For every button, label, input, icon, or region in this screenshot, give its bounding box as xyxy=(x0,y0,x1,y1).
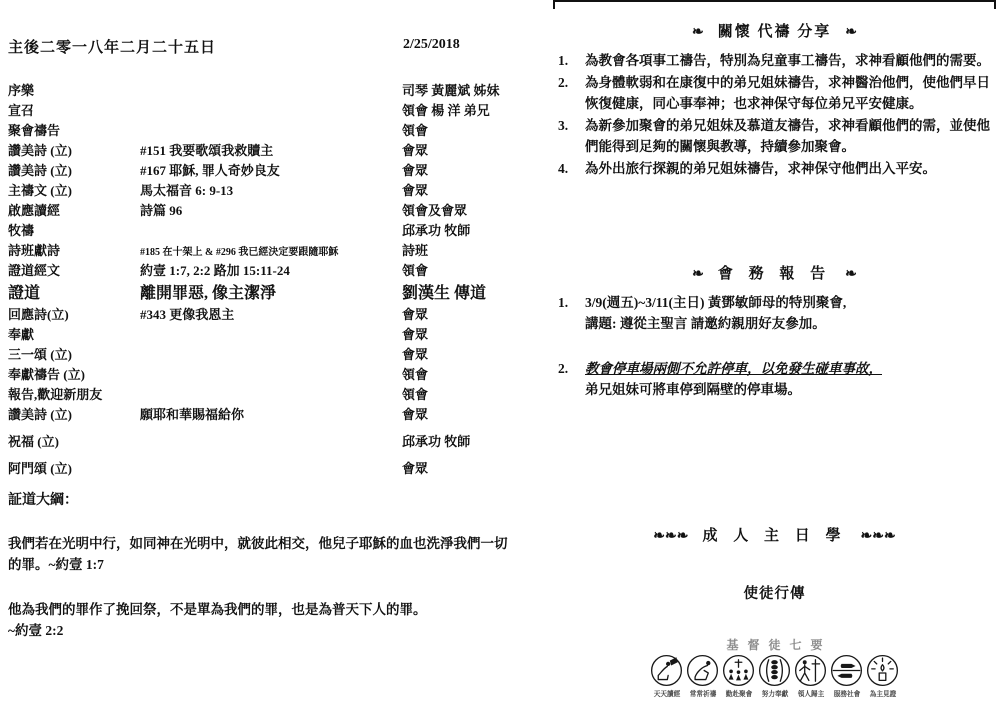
business-item: 1. 3/9(週五)~3/11(主日) 黃鄧敏師母的特別聚會, 講題: 遵從主聖… xyxy=(555,292,996,334)
logo-icon-unit: 服務社會 xyxy=(829,654,864,699)
item-number: 3. xyxy=(555,115,585,157)
logo-icon-unit: 努力奉獻 xyxy=(757,654,792,699)
program-who: 會眾 xyxy=(402,324,510,343)
program-who: 領會 xyxy=(402,384,510,403)
item-text: 教會停車場兩側不允許停車，以免發生碰車事故， 弟兄姐妹可將車停到隔壁的停車場。 xyxy=(585,358,996,400)
diligent-offering-icon xyxy=(758,654,791,687)
item-number: 4. xyxy=(555,158,585,179)
program-who: 領會 xyxy=(402,260,510,279)
logo-icon-unit: 常常祈禱 xyxy=(685,654,720,699)
icon-label: 勤赴聚會 xyxy=(725,689,752,699)
item-text: 為新參加聚會的弟兄姐妹及慕道友禱告，求神看顧他們的需，並使他們能得到足夠的關懷與… xyxy=(585,115,996,157)
program-content: 願耶和華賜福給你 xyxy=(140,404,402,423)
witness-for-the-lord-icon xyxy=(866,654,899,687)
item-number: 2. xyxy=(555,72,585,114)
program-who: 會眾 xyxy=(402,458,510,477)
logo-icon-unit: 天天讀經 xyxy=(649,654,684,699)
sermon-outline-title: 証道大綱： xyxy=(8,490,508,511)
logo-title: 基督徒七要 xyxy=(553,636,996,653)
program-item: 啟應讀經 xyxy=(8,200,140,219)
program-row: 證道經文約壹 1:7, 2:2 路加 15:11-24領會 xyxy=(8,260,510,280)
sunday-school-header: ❧❧❧成 人 主 日 學❧❧❧ xyxy=(553,524,996,545)
prayer-section-title: 關懷 代禱 分享 xyxy=(718,24,832,40)
fleuron-icon: ❧ xyxy=(831,25,871,40)
program-item: 聚會禱告 xyxy=(8,120,140,139)
program-row: 讚美詩 (立)#167 耶穌, 罪人奇妙良友會眾 xyxy=(8,160,510,180)
program-who: 領會及會眾 xyxy=(402,200,510,219)
logo-icon-row: 天天讀經 常常祈禱 勤赴聚會 xyxy=(553,654,996,699)
item-text: 為教會各項事工禱告，特別為兒童事工禱告，求神看顧他們的需要。 xyxy=(585,50,996,71)
program-content: #151 我要歌頌我救贖主 xyxy=(140,140,402,159)
sermon-outline-paragraph-2: 他為我們的罪作了挽回祭，不是單為我們的罪，也是為普天下人的罪。 xyxy=(8,599,508,620)
announcements-page: ❧關懷 代禱 分享❧ 1.為教會各項事工禱告，特別為兒童事工禱告，求神看顧他們的… xyxy=(553,0,996,719)
program-item: 詩班獻詩 xyxy=(8,240,140,259)
program-item: 三一頌 (立) xyxy=(8,344,140,363)
prayer-item: 4.為外出旅行探親的弟兄姐妹禱告，求神保守他們出入平安。 xyxy=(555,158,996,179)
program-who: 領會 xyxy=(402,364,510,383)
program-item: 報告,歡迎新朋友 xyxy=(8,384,140,403)
program-who: 領會 xyxy=(402,120,510,139)
item-text: 為外出旅行探親的弟兄姐妹禱告，求神保守他們出入平安。 xyxy=(585,158,996,179)
program-item: 奉獻禱告 (立) xyxy=(8,364,140,383)
program-row: 報告,歡迎新朋友領會 xyxy=(8,384,510,404)
business-item-line: 弟兄姐妹可將車停到隔壁的停車場。 xyxy=(585,379,996,400)
program-who: 司琴 黃麗斌 姊妹 xyxy=(402,80,510,99)
program-content: #343 更像我恩主 xyxy=(140,304,402,323)
prayer-item: 3.為新參加聚會的弟兄姐妹及慕道友禱告，求神看顧他們的需，並使他們能得到足夠的關… xyxy=(555,115,996,157)
sermon-outline-paragraph-1: 我們若在光明中行，如同神在光明中，就彼此相交，他兒子耶穌的血也洗淨我們一切的罪。… xyxy=(8,533,508,575)
fleuron-icon: ❧ xyxy=(678,25,718,40)
sermon-outline-reference: ~約壹 2:2 xyxy=(8,620,508,641)
program-who: 劉漢生 傳道 xyxy=(402,280,510,303)
date-chinese: 主後二零一八年二月二十五日 xyxy=(8,40,216,56)
program-item: 讚美詩 (立) xyxy=(8,160,140,179)
program-item: 讚美詩 (立) xyxy=(8,140,140,159)
program-item: 奉獻 xyxy=(8,324,140,343)
program-who: 邱承功 牧師 xyxy=(402,431,510,450)
program-who: 會眾 xyxy=(402,304,510,323)
program-item: 宣召 xyxy=(8,100,140,119)
fleuron-icon: ❧ xyxy=(678,267,718,282)
logo-icon-unit: 勤赴聚會 xyxy=(721,654,756,699)
item-number: 1. xyxy=(555,50,585,71)
sermon-outline: 証道大綱： 我們若在光明中行，如同神在光明中，就彼此相交，他兒子耶穌的血也洗淨我… xyxy=(8,490,508,665)
parking-warning-line: 教會停車場兩側不允許停車，以免發生碰車事故， xyxy=(585,358,996,379)
program-row: 奉獻禱告 (立)領會 xyxy=(8,364,510,384)
program-content: #185 在十架上 & #296 我已經決定要跟隨耶穌 xyxy=(140,243,402,258)
fleuron-icon: ❧ xyxy=(831,267,871,282)
program-row: 回應詩(立)#343 更像我恩主會眾 xyxy=(8,304,510,324)
icon-label: 常常祈禱 xyxy=(689,689,716,699)
icon-label: 天天讀經 xyxy=(653,689,680,699)
prayer-section-header: ❧關懷 代禱 分享❧ xyxy=(553,20,996,41)
icon-label: 服務社會 xyxy=(833,689,860,699)
item-text: 3/9(週五)~3/11(主日) 黃鄧敏師母的特別聚會, 講題: 遵從主聖言 請… xyxy=(585,292,996,334)
program-item: 牧禱 xyxy=(8,220,140,239)
program-row: 讚美詩 (立)願耶和華賜福給你會眾 xyxy=(8,404,510,424)
worship-program-page: 主後二零一八年二月二十五日 2/25/2018 序樂司琴 黃麗斌 姊妹 宣召領會… xyxy=(8,0,510,719)
icon-label: 努力奉獻 xyxy=(761,689,788,699)
program-row: 奉獻會眾 xyxy=(8,324,510,344)
program-item: 祝福 (立) xyxy=(8,431,140,450)
item-number: 1. xyxy=(555,292,585,334)
program-content: 約壹 1:7, 2:2 路加 15:11-24 xyxy=(140,260,402,279)
fleuron-icon: ❧❧❧ xyxy=(847,529,910,544)
date-row: 主後二零一八年二月二十五日 2/25/2018 xyxy=(8,36,502,56)
program-who: 會眾 xyxy=(402,140,510,159)
program-row: 讚美詩 (立)#151 我要歌頌我救贖主會眾 xyxy=(8,140,510,160)
program-item: 證道經文 xyxy=(8,260,140,279)
program-item: 證道 xyxy=(8,280,140,303)
program-who: 會眾 xyxy=(402,180,510,199)
program-row: 序樂司琴 黃麗斌 姊妹 xyxy=(8,80,510,100)
program-row: 宣召領會 楊 洋 弟兄 xyxy=(8,100,510,120)
icon-label: 領人歸主 xyxy=(797,689,824,699)
item-text: 為身體軟弱和在康復中的弟兄姐妹禱告，求神醫治他們，使他們早日恢復健康，同心事奉神… xyxy=(585,72,996,114)
program-who: 會眾 xyxy=(402,160,510,179)
program-item: 讚美詩 (立) xyxy=(8,404,140,423)
program-content: 詩篇 96 xyxy=(140,200,402,219)
business-section-header: ❧會 務 報 告❧ xyxy=(553,262,996,283)
program-who: 領會 楊 洋 弟兄 xyxy=(402,100,510,119)
program-row: 詩班獻詩#185 在十架上 & #296 我已經決定要跟隨耶穌詩班 xyxy=(8,240,510,260)
bulletin-page: { "colors": { "text": "#111111", "footer… xyxy=(0,0,1006,719)
worship-program-list: 序樂司琴 黃麗斌 姊妹 宣召領會 楊 洋 弟兄 聚會禱告領會 讚美詩 (立)#1… xyxy=(8,80,510,478)
program-who: 會眾 xyxy=(402,344,510,363)
business-item: 2. 教會停車場兩側不允許停車，以免發生碰車事故， 弟兄姐妹可將車停到隔壁的停車… xyxy=(555,358,996,400)
program-row: 祝福 (立)邱承功 牧師 xyxy=(8,431,510,451)
serve-society-icon xyxy=(830,654,863,687)
attend-meetings-icon xyxy=(722,654,755,687)
program-content: #167 耶穌, 罪人奇妙良友 xyxy=(140,160,402,179)
logo-icon-unit: 領人歸主 xyxy=(793,654,828,699)
program-row-sermon: 證道離開罪惡, 像主潔淨劉漢生 傳道 xyxy=(8,280,510,304)
daily-bible-reading-icon xyxy=(650,654,683,687)
program-row: 三一頌 (立)會眾 xyxy=(8,344,510,364)
fleuron-icon: ❧❧❧ xyxy=(639,529,702,544)
logo-icon-unit: 為主見證 xyxy=(865,654,900,699)
page-top-border xyxy=(553,0,996,9)
program-row: 啟應讀經詩篇 96領會及會眾 xyxy=(8,200,510,220)
program-row: 主禱文 (立)馬太福音 6: 9-13會眾 xyxy=(8,180,510,200)
program-row: 阿門頌 (立)會眾 xyxy=(8,458,510,478)
sunday-school-book: 使徒行傳 xyxy=(553,582,996,603)
program-who: 詩班 xyxy=(402,240,510,259)
program-item: 阿門頌 (立) xyxy=(8,458,140,477)
business-items-list: 1. 3/9(週五)~3/11(主日) 黃鄧敏師母的特別聚會, 講題: 遵從主聖… xyxy=(555,292,996,424)
business-item-line: 3/9(週五)~3/11(主日) 黃鄧敏師母的特別聚會, xyxy=(585,292,996,313)
program-content: 離開罪惡, 像主潔淨 xyxy=(140,280,402,303)
date-numeric: 2/25/2018 xyxy=(403,37,460,53)
program-item: 序樂 xyxy=(8,80,140,99)
prayer-item: 1.為教會各項事工禱告，特別為兒童事工禱告，求神看顧他們的需要。 xyxy=(555,50,996,71)
program-row: 聚會禱告領會 xyxy=(8,120,510,140)
icon-label: 為主見證 xyxy=(869,689,896,699)
business-section-title: 會 務 報 告 xyxy=(718,266,831,282)
program-content: 馬太福音 6: 9-13 xyxy=(140,180,402,199)
prayer-item: 2.為身體軟弱和在康復中的弟兄姐妹禱告，求神醫治他們，使他們早日恢復健康，同心事… xyxy=(555,72,996,114)
business-item-line: 講題: 遵從主聖言 請邀約親朋好友參加。 xyxy=(585,313,996,334)
program-who: 會眾 xyxy=(402,404,510,423)
item-number: 2. xyxy=(555,358,585,400)
christian-seven-essentials-logo: 基督徒七要 天天讀經 常常祈禱 xyxy=(553,636,996,699)
prayer-items-list: 1.為教會各項事工禱告，特別為兒童事工禱告，求神看顧他們的需要。 2.為身體軟弱… xyxy=(555,50,996,180)
constant-prayer-icon xyxy=(686,654,719,687)
program-item: 主禱文 (立) xyxy=(8,180,140,199)
program-item: 回應詩(立) xyxy=(8,304,140,323)
sunday-school-title: 成 人 主 日 學 xyxy=(702,528,846,544)
program-row: 牧禱邱承功 牧師 xyxy=(8,220,510,240)
lead-people-to-christ-icon xyxy=(794,654,827,687)
program-who: 邱承功 牧師 xyxy=(402,220,510,239)
